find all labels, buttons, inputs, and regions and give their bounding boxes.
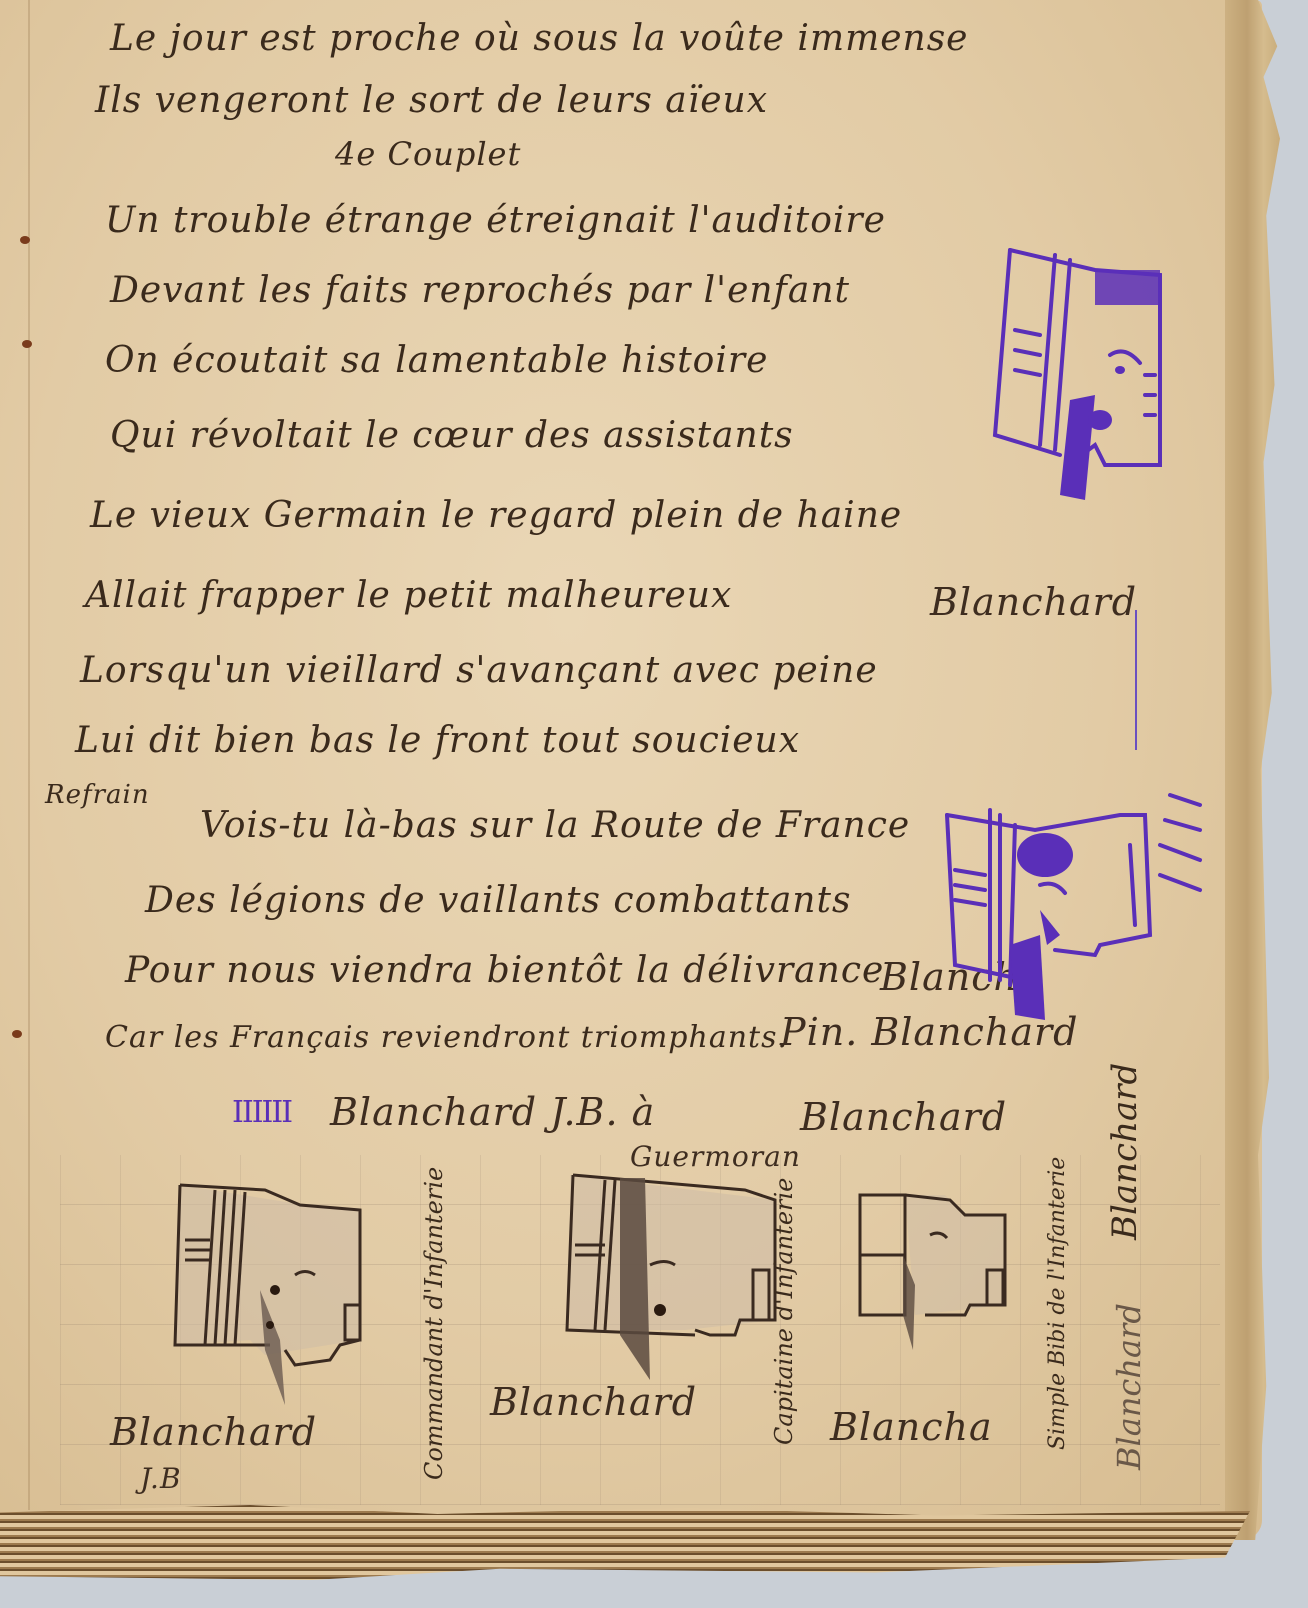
place-name: Guermoran [630,1140,801,1173]
sketch-caption: Commandant d'Infanterie [420,1167,448,1480]
signature: Blanchard [110,1410,317,1454]
couplet-line: Un trouble étrange étreignait l'auditoir… [105,200,886,241]
couplet-line: Le vieux Germain le regard plein de hain… [90,495,902,536]
signature-vertical: Blanchard [1110,1303,1148,1470]
signature: Blanchard [800,1095,1007,1139]
signature: Blanchard [930,580,1137,624]
refrain-line: Des légions de vaillants combattants [145,880,851,921]
couplet-heading: 4e Couplet [335,135,521,173]
couplet-line: Lui dit bien bas le front tout soucieux [75,720,800,761]
binding-gutter [28,0,30,1510]
commandant-sketch-icon [170,1180,400,1405]
couplet-line: Qui révoltait le cœur des assistants [110,415,794,456]
verse-line: Ils vengeront le sort de leurs aïeux [95,80,768,121]
signature-vertical: Blanchard [1105,1063,1145,1240]
couplet-line: Devant les faits reprochés par l'enfant [110,270,850,311]
soldier-head-sketch-icon [985,245,1175,510]
refrain-label: Refrain [45,780,150,810]
cap-band [1095,270,1160,305]
sketch-caption: Capitaine d'Infanterie [770,1178,798,1445]
refrain-line: Car les Français reviendront triomphants… [105,1020,788,1055]
cap-visor [1010,935,1045,1020]
signature: Blancha [830,1405,993,1449]
torn-right-edge [1225,0,1280,1540]
cap-band [1017,833,1073,877]
worn-bottom-edge [0,1505,1250,1580]
couplet-line: On écoutait sa lamentable histoire [105,340,768,381]
couplet-line: Allait frapper le petit malheureux [85,575,732,616]
purple-margin-line [1135,610,1137,750]
sketch-caption: Simple Bibi de l'Infanterie [1045,1157,1070,1450]
tally-marks: IIIIII [232,1095,291,1130]
verse-line: Le jour est proche où sous la voûte imme… [110,18,968,59]
refrain-line: Pour nous viendra bientôt la délivrance [125,950,884,991]
binding-hole [20,236,30,244]
cap-visor [1060,395,1095,500]
refrain-line: Vois-tu là-bas sur la Route de France [200,805,910,846]
simple-bibi-sketch-icon [855,1190,1025,1390]
binding-hole [22,340,32,348]
signature: Blanchard J.B. à [330,1090,655,1134]
initials: J.B [140,1462,182,1495]
signature: Blanchard [490,1380,697,1424]
binding-hole [12,1030,22,1038]
couplet-line: Lorsqu'un vieillard s'avançant avec pein… [80,650,878,691]
capitaine-sketch-icon [565,1170,780,1380]
soldier-head-sketch-icon [935,785,1205,1020]
